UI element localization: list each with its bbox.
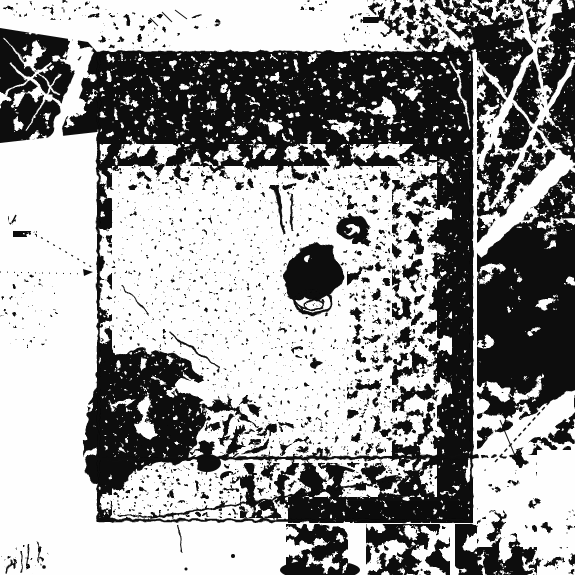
ring-blob-core — [344, 224, 360, 236]
blob-highlight — [304, 255, 318, 263]
ledger-blob — [193, 454, 221, 472]
ink-smudge — [310, 361, 324, 369]
ledger-blob — [374, 475, 426, 497]
right-edge-mottling — [437, 150, 473, 470]
ink-dot — [185, 568, 188, 571]
frame-right-gradient — [392, 180, 440, 470]
bar-specks — [288, 497, 473, 523]
ink-dot — [231, 554, 235, 558]
right-column-whiteout — [537, 450, 575, 575]
artwork-canvas — [0, 0, 575, 575]
ledger-rule — [97, 457, 473, 459]
bottom-grit-column — [366, 524, 450, 575]
artwork-stage — [0, 0, 575, 575]
speck-cluster — [2, 0, 118, 20]
ledger-blob — [220, 471, 240, 483]
cloud-mottling — [86, 350, 210, 466]
speck-cluster — [293, 0, 337, 12]
ink-dot — [42, 565, 46, 569]
top-band-mottling — [97, 52, 473, 144]
speck-cluster — [189, 14, 221, 30]
top-left-ink-band — [0, 28, 97, 143]
ink-smudge — [278, 328, 288, 334]
ink-dash — [13, 231, 37, 237]
right-column-blotch — [477, 228, 575, 408]
spatter-cluster — [0, 268, 58, 352]
cloud-spread — [242, 416, 338, 468]
ink-smudge — [290, 346, 316, 358]
